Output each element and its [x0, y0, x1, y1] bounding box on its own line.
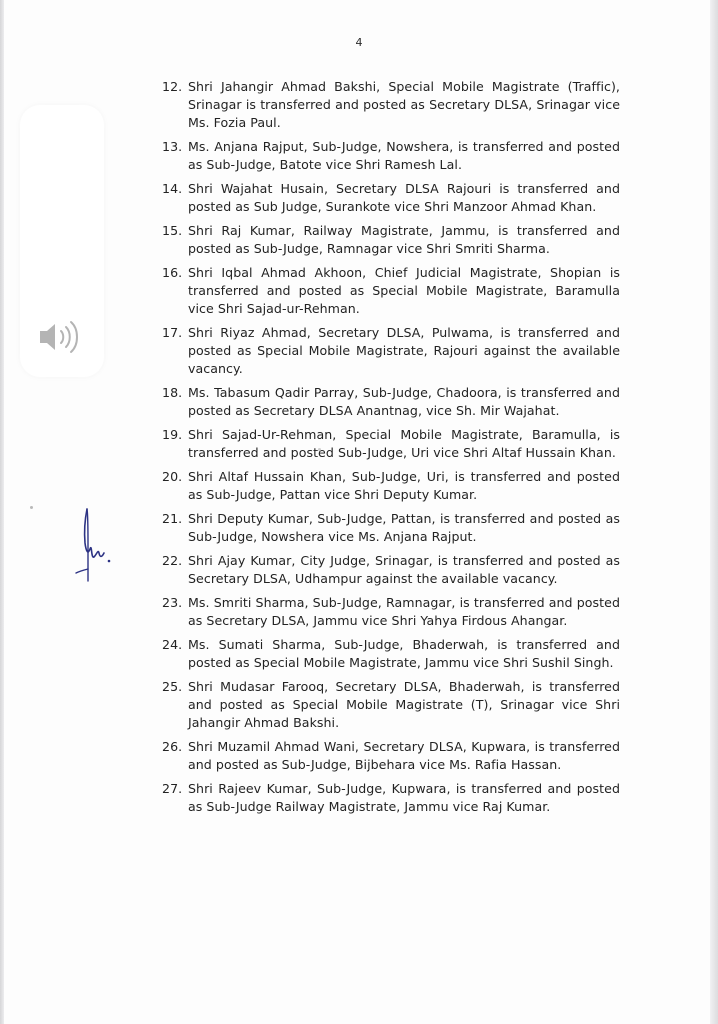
order-item: 23. Ms. Smriti Sharma, Sub-Judge, Ramnag…	[162, 594, 620, 630]
order-item: 18. Ms. Tabasum Qadir Parray, Sub-Judge,…	[162, 384, 620, 420]
order-number: 26.	[162, 738, 182, 756]
order-text: Shri Iqbal Ahmad Akhoon, Chief Judicial …	[188, 264, 620, 318]
order-item: 16. Shri Iqbal Ahmad Akhoon, Chief Judic…	[162, 264, 620, 318]
order-number: 15.	[162, 222, 182, 240]
order-text: Shri Ajay Kumar, City Judge, Srinagar, i…	[188, 552, 620, 588]
order-number: 17.	[162, 324, 182, 342]
order-number: 12.	[162, 78, 182, 96]
order-text: Ms. Smriti Sharma, Sub-Judge, Ramnagar, …	[188, 594, 620, 630]
order-text: Shri Riyaz Ahmad, Secretary DLSA, Pulwam…	[188, 324, 620, 378]
order-number: 20.	[162, 468, 182, 486]
order-item: 15. Shri Raj Kumar, Railway Magistrate, …	[162, 222, 620, 258]
order-item: 19. Shri Sajad-Ur-Rehman, Special Mobile…	[162, 426, 620, 462]
order-number: 23.	[162, 594, 182, 612]
order-item: 25. Shri Mudasar Farooq, Secretary DLSA,…	[162, 678, 620, 732]
order-text: Shri Rajeev Kumar, Sub-Judge, Kupwara, i…	[188, 780, 620, 816]
order-number: 21.	[162, 510, 182, 528]
order-item: 12. Shri Jahangir Ahmad Bakshi, Special …	[162, 78, 620, 132]
order-text: Shri Mudasar Farooq, Secretary DLSA, Bha…	[188, 678, 620, 732]
order-number: 24.	[162, 636, 182, 654]
order-text: Shri Jahangir Ahmad Bakshi, Special Mobi…	[188, 78, 620, 132]
order-item: 13. Ms. Anjana Rajput, Sub-Judge, Nowshe…	[162, 138, 620, 174]
signature-icon	[66, 505, 116, 585]
order-item: 21. Shri Deputy Kumar, Sub-Judge, Pattan…	[162, 510, 620, 546]
order-text: Shri Wajahat Husain, Secretary DLSA Rajo…	[188, 180, 620, 216]
order-number: 18.	[162, 384, 182, 402]
order-item: 27. Shri Rajeev Kumar, Sub-Judge, Kupwar…	[162, 780, 620, 816]
order-text: Ms. Tabasum Qadir Parray, Sub-Judge, Cha…	[188, 384, 620, 420]
scan-dot	[318, 448, 321, 451]
order-text: Shri Sajad-Ur-Rehman, Special Mobile Mag…	[188, 426, 620, 462]
order-number: 22.	[162, 552, 182, 570]
transfer-orders-list: 12. Shri Jahangir Ahmad Bakshi, Special …	[162, 78, 620, 822]
scan-dot	[30, 506, 33, 509]
order-number: 27.	[162, 780, 182, 798]
order-item: 22. Shri Ajay Kumar, City Judge, Srinaga…	[162, 552, 620, 588]
order-number: 13.	[162, 138, 182, 156]
order-item: 26. Shri Muzamil Ahmad Wani, Secretary D…	[162, 738, 620, 774]
page-number: 4	[0, 36, 718, 49]
order-number: 14.	[162, 180, 182, 198]
order-text: Shri Altaf Hussain Khan, Sub-Judge, Uri,…	[188, 468, 620, 504]
order-text: Ms. Anjana Rajput, Sub-Judge, Nowshera, …	[188, 138, 620, 174]
order-number: 25.	[162, 678, 182, 696]
order-item: 20. Shri Altaf Hussain Khan, Sub-Judge, …	[162, 468, 620, 504]
order-item: 24. Ms. Sumati Sharma, Sub-Judge, Bhader…	[162, 636, 620, 672]
order-number: 19.	[162, 426, 182, 444]
right-edge-strip	[710, 0, 718, 1024]
order-item: 17. Shri Riyaz Ahmad, Secretary DLSA, Pu…	[162, 324, 620, 378]
left-edge-strip	[0, 0, 4, 1024]
order-number: 16.	[162, 264, 182, 282]
order-text: Shri Deputy Kumar, Sub-Judge, Pattan, is…	[188, 510, 620, 546]
volume-hud	[20, 105, 104, 377]
order-item: 14. Shri Wajahat Husain, Secretary DLSA …	[162, 180, 620, 216]
order-text: Shri Muzamil Ahmad Wani, Secretary DLSA,…	[188, 738, 620, 774]
order-text: Shri Raj Kumar, Railway Magistrate, Jamm…	[188, 222, 620, 258]
speaker-volume-icon	[38, 317, 88, 357]
order-text: Ms. Sumati Sharma, Sub-Judge, Bhaderwah,…	[188, 636, 620, 672]
